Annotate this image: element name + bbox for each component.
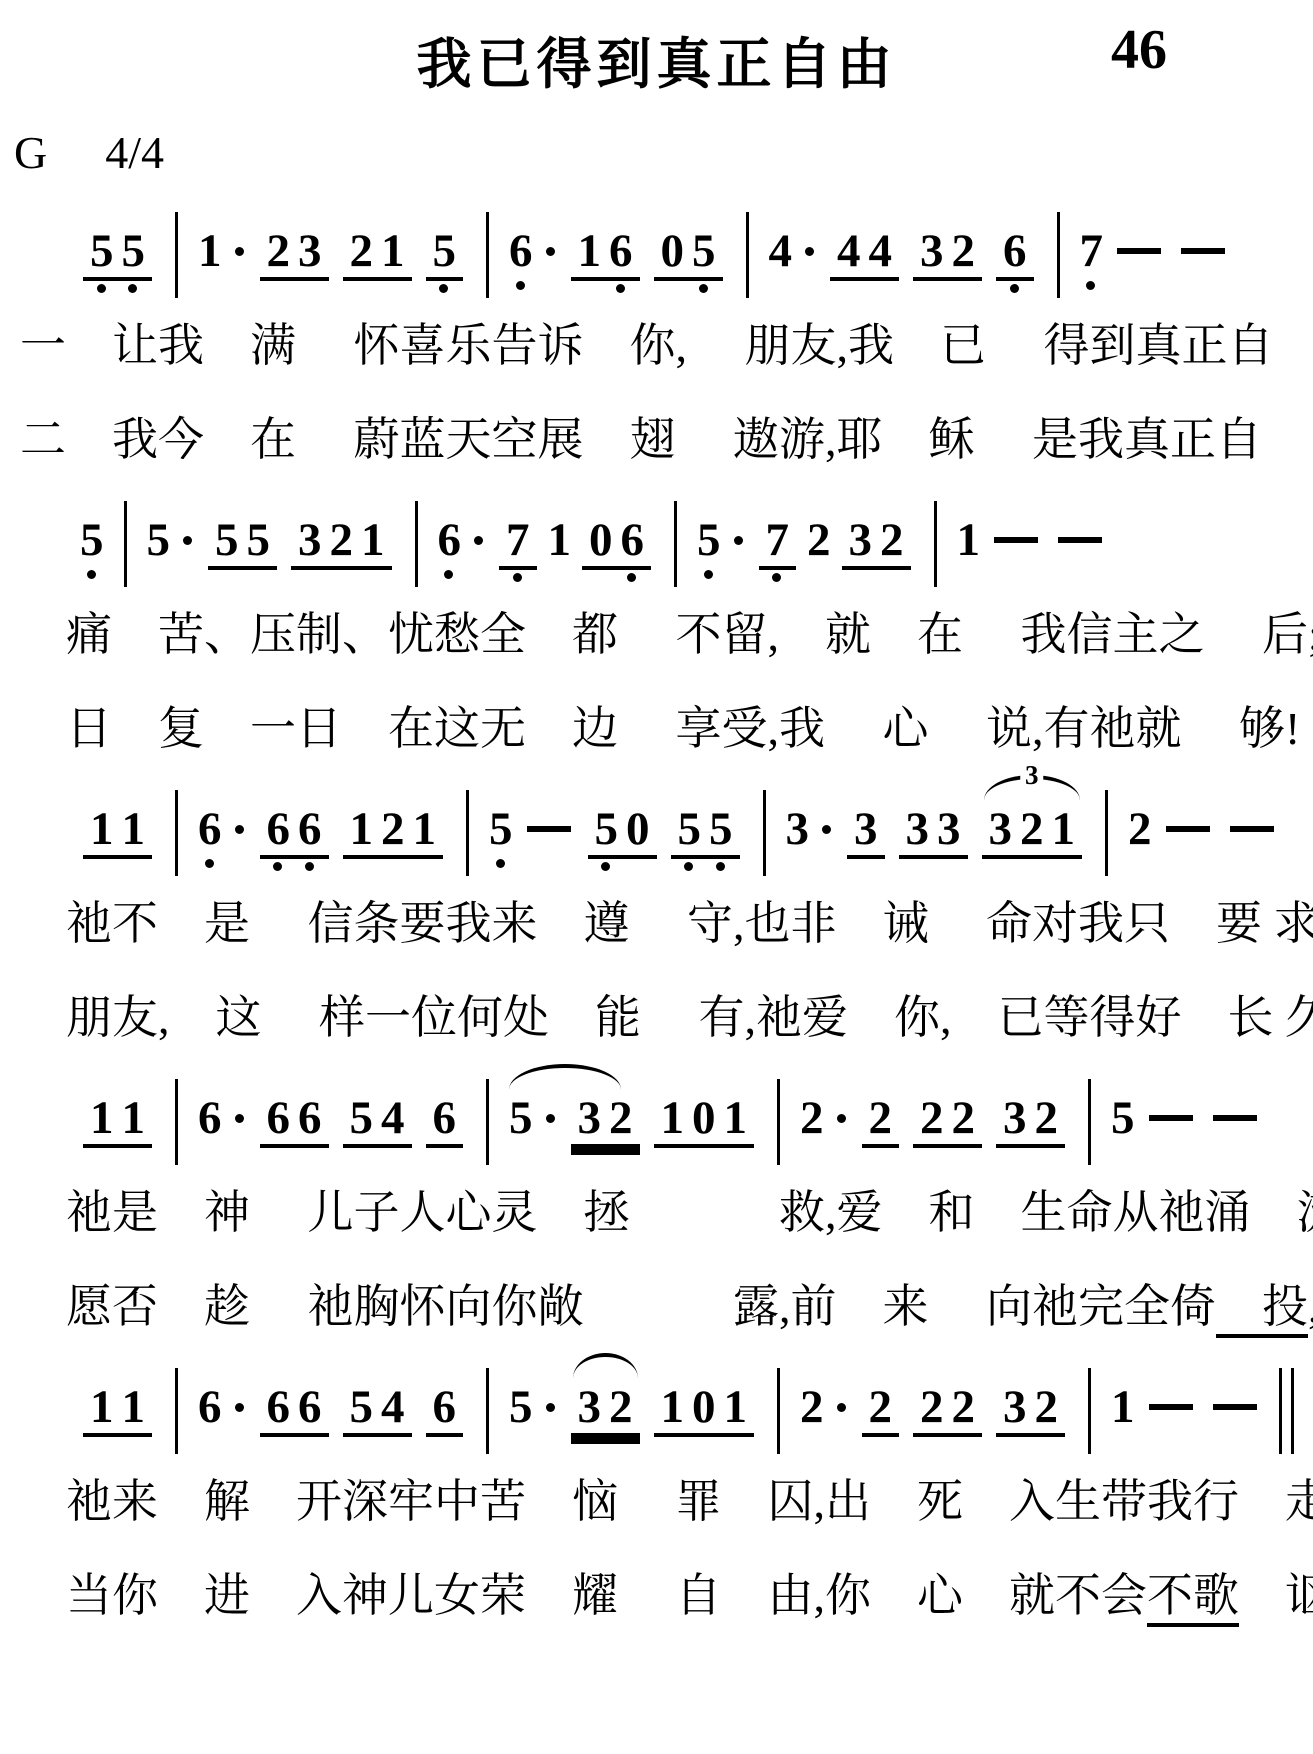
jianpu-note: 1	[720, 1095, 752, 1142]
barline	[175, 790, 178, 876]
jianpu-note: 2	[796, 1384, 828, 1431]
jianpu-note: 5	[76, 517, 108, 564]
barline	[486, 212, 489, 298]
music-line-2: 555532167106572321	[76, 481, 1313, 567]
augmentation-dot	[546, 247, 555, 256]
lyric-line: 日 复 一日 在这无 边 享受,我 心 说,有祂就 够!	[20, 703, 1313, 755]
jianpu-note: 6	[999, 228, 1031, 275]
beam-group: 44	[830, 228, 899, 281]
jianpu-note: 3	[845, 517, 877, 564]
jianpu-note: 3	[985, 806, 1017, 853]
beam-group: 3	[847, 806, 885, 859]
beam-group: 06	[582, 517, 651, 570]
jianpu-note: 2	[865, 1384, 897, 1431]
beam-group: 6	[426, 1384, 464, 1437]
key-signature-line: G 4/4	[14, 130, 1313, 176]
jianpu-note: 6	[263, 1384, 295, 1431]
beam-group: 05	[654, 228, 723, 281]
jianpu-note: 5	[429, 228, 461, 275]
jianpu-note: 6	[434, 517, 466, 564]
beam-group: 22	[913, 1384, 982, 1437]
jianpu-note: 6	[617, 517, 649, 564]
barline	[763, 790, 766, 876]
lyric-text: 痛 苦、压制、忧愁全 都 不留, 就 在 我信主之 后;	[20, 609, 1313, 660]
jianpu-note: 2	[377, 806, 409, 853]
beam-group: 11	[83, 1095, 152, 1148]
augmentation-dot	[183, 536, 192, 545]
jianpu-note: 2	[916, 1384, 948, 1431]
lyric-text: 祂不 是 信条要我来 遵 守,也非 诫 命对我只 要 求,	[20, 898, 1313, 949]
music-line-1: 55123215616054443267	[76, 192, 1313, 278]
jianpu-note: 2	[865, 1095, 897, 1142]
beam-group: 50	[588, 806, 657, 859]
jianpu-note: 3	[916, 228, 948, 275]
beam-group: 66	[260, 1384, 329, 1437]
jianpu-note: 5	[485, 806, 517, 853]
jianpu-note: 2	[948, 1384, 980, 1431]
jianpu-note: 1	[544, 517, 576, 564]
augmentation-dot	[837, 1114, 846, 1123]
barline	[1057, 212, 1060, 298]
barline	[1088, 1079, 1091, 1165]
jianpu-note: 1	[409, 806, 441, 853]
system-5: 116665465321012222321 祂来 解 开深牢中苦 恼 罪 囚,出…	[0, 1348, 1313, 1621]
tuplet-number: 3	[1020, 762, 1044, 789]
jianpu-note: 5	[674, 806, 706, 853]
lyric-text: 不歌	[1147, 1570, 1239, 1627]
jianpu-note: 1	[1048, 806, 1080, 853]
jianpu-note: 5	[346, 1095, 378, 1142]
jianpu-note: 1	[118, 1384, 150, 1431]
jianpu-note: 3	[999, 1384, 1031, 1431]
lyric-line: 祂来 解 开深牢中苦 恼 罪 囚,出 死 入生带我行 走。	[20, 1476, 1313, 1528]
beam-group: 32	[996, 1095, 1065, 1148]
beam-group: 7	[499, 517, 537, 570]
duration-dash	[1149, 1404, 1193, 1410]
lyric-line: 祂不 是 信条要我来 遵 守,也非 诫 命对我只 要 求,	[20, 898, 1313, 950]
barline	[175, 1368, 178, 1454]
augmentation-dot	[235, 1114, 244, 1123]
jianpu-note: 5	[1107, 1095, 1139, 1142]
barline	[1088, 1368, 1091, 1454]
beam-group: 321	[291, 517, 392, 570]
augmentation-dot	[474, 536, 483, 545]
jianpu-note: 5	[243, 517, 275, 564]
jianpu-note: 1	[357, 517, 389, 564]
barline	[777, 1079, 780, 1165]
jianpu-note: 0	[622, 806, 654, 853]
slur-span: 532	[505, 1095, 647, 1148]
jianpu-note: 5	[705, 806, 737, 853]
jianpu-note: 6	[294, 806, 326, 853]
augmentation-dot	[837, 1403, 846, 1412]
lyric-line: 愿否 趁 祂胸怀向你敞 露,前 来 向祂完全倚 投,	[20, 1281, 1313, 1333]
beam-group: 21	[343, 228, 412, 281]
jianpu-note: 0	[585, 517, 617, 564]
jianpu-note: 4	[833, 228, 865, 275]
lyric-text: 朋友, 这 样一位何处 能 有,祂爱 你, 已等得好 长 久,	[20, 992, 1313, 1043]
music-line-4: 116665465321012222325	[76, 1059, 1313, 1145]
augmentation-dot	[822, 825, 831, 834]
lyric-text: 讴。	[1239, 1570, 1313, 1621]
lyric-line: 二 我今 在 蔚蓝天空展 翅 遨游,耶 稣 是我真正自 由,	[20, 414, 1313, 466]
jianpu-note: 2	[1016, 806, 1048, 853]
jianpu-note: 1	[657, 1384, 689, 1431]
beam-group: 33	[899, 806, 968, 859]
system-3: 1166612155055333333212 祂不 是 信条要我来 遵 守,也非…	[0, 770, 1313, 1043]
jianpu-note: 2	[876, 517, 908, 564]
augmentation-dot	[805, 247, 814, 256]
jianpu-note: 2	[326, 517, 358, 564]
hymn-number: 46	[1111, 18, 1167, 82]
jianpu-note: 5	[346, 1384, 378, 1431]
jianpu-note: 1	[720, 1384, 752, 1431]
jianpu-note: 1	[1107, 1384, 1139, 1431]
key-label: G	[14, 130, 47, 176]
barline	[486, 1079, 489, 1165]
final-double-barline	[1279, 1368, 1294, 1454]
page-header: 我已得到真正自由 46	[0, 0, 1313, 104]
beam-group: 23	[260, 228, 329, 281]
beam-group: 11	[83, 806, 152, 859]
jianpu-note: 4	[377, 1095, 409, 1142]
beam-group: 5	[426, 228, 464, 281]
jianpu-note: 3	[782, 806, 814, 853]
jianpu-note: 0	[688, 1384, 720, 1431]
jianpu-note: 3	[294, 228, 326, 275]
music-line-3: 1166612155055333333212	[76, 770, 1313, 856]
augmentation-dot	[235, 1403, 244, 1412]
beam-group: 55	[671, 806, 740, 859]
duration-dash	[1213, 1404, 1257, 1410]
jianpu-note: 3	[574, 1095, 606, 1142]
jianpu-note: 4	[377, 1384, 409, 1431]
beam-group: 32	[571, 1095, 640, 1148]
jianpu-note: 1	[953, 517, 985, 564]
beam-group: 22	[913, 1095, 982, 1148]
augmentation-dot	[546, 1114, 555, 1123]
beam-group: 32	[571, 1384, 640, 1437]
jianpu-note: 3	[933, 806, 965, 853]
jianpu-note: 6	[429, 1095, 461, 1142]
jianpu-note: 6	[194, 1384, 226, 1431]
lyric-text: 一 让我 满 怀喜乐告诉 你, 朋友,我 已 得到真正自 由,	[20, 320, 1313, 371]
time-signature: 4/4	[105, 130, 164, 176]
jianpu-note: 6	[263, 806, 295, 853]
lyric-text: 愿否 趁 祂胸怀向你敞 露,前 来 向祂完全倚	[20, 1281, 1216, 1332]
jianpu-note: 2	[1031, 1384, 1063, 1431]
beam-group: 66	[260, 1095, 329, 1148]
jianpu-note: 1	[194, 228, 226, 275]
lyric-text: 日 复 一日 在这无 边 享受,我 心 说,有祂就 够!	[20, 703, 1300, 754]
augmentation-dot	[235, 247, 244, 256]
jianpu-note: 1	[118, 806, 150, 853]
score-body: 55123215616054443267一 让我 满 怀喜乐告诉 你, 朋友,我…	[0, 192, 1313, 1621]
jianpu-note: 5	[591, 806, 623, 853]
jianpu-note: 4	[865, 228, 897, 275]
duration-dash	[1117, 248, 1161, 254]
jianpu-note: 7	[502, 517, 534, 564]
jianpu-note: 1	[86, 1095, 118, 1142]
jianpu-note: 2	[263, 228, 295, 275]
jianpu-note: 3	[902, 806, 934, 853]
jianpu-note: 2	[605, 1095, 637, 1142]
jianpu-note: 6	[263, 1095, 295, 1142]
jianpu-note: 2	[803, 517, 835, 564]
system-1: 55123215616054443267一 让我 满 怀喜乐告诉 你, 朋友,我…	[0, 192, 1313, 465]
jianpu-note: 6	[294, 1095, 326, 1142]
barline	[466, 790, 469, 876]
barline	[674, 501, 677, 587]
jianpu-note: 1	[86, 806, 118, 853]
beam-group: 3321	[982, 806, 1083, 859]
beam-group: 55	[208, 517, 277, 570]
duration-dash	[1181, 248, 1225, 254]
jianpu-note: 3	[294, 517, 326, 564]
system-2: 555532167106572321 痛 苦、压制、忧愁全 都 不留, 就 在 …	[0, 481, 1313, 754]
duration-dash	[1230, 826, 1274, 832]
beam-group: 55	[83, 228, 152, 281]
jianpu-note: 5	[505, 1095, 537, 1142]
duration-dash	[994, 537, 1038, 543]
jianpu-note: 6	[429, 1384, 461, 1431]
jianpu-note: 4	[765, 228, 797, 275]
jianpu-note: 2	[1124, 806, 1156, 853]
lyric-line: 朋友, 这 样一位何处 能 有,祂爱 你, 已等得好 长 久,	[20, 992, 1313, 1044]
barline	[175, 1079, 178, 1165]
beam-group: 7	[759, 517, 797, 570]
beam-group: 101	[654, 1384, 755, 1437]
jianpu-note: 5	[211, 517, 243, 564]
barline	[124, 501, 127, 587]
jianpu-note: 2	[948, 1095, 980, 1142]
lyric-line: 祂是 神 儿子人心灵 拯 救,爱 和 生命从祂涌 流,	[20, 1187, 1313, 1239]
jianpu-note: 5	[118, 228, 150, 275]
jianpu-note: 2	[916, 1095, 948, 1142]
lyric-text: 投	[1216, 1281, 1308, 1338]
jianpu-note: 6	[505, 228, 537, 275]
augmentation-dot	[235, 825, 244, 834]
barline	[934, 501, 937, 587]
jianpu-note: 0	[688, 1095, 720, 1142]
beam-group: 32	[996, 1384, 1065, 1437]
duration-dash	[1149, 1115, 1193, 1121]
jianpu-note: 1	[657, 1095, 689, 1142]
system-4: 116665465321012222325 祂是 神 儿子人心灵 拯 救,爱 和…	[0, 1059, 1313, 1332]
hymn-sheet-page: 我已得到真正自由 46 G 4/4 55123215616054443267一 …	[0, 0, 1313, 1754]
jianpu-note: 1	[377, 228, 409, 275]
jianpu-note: 1	[346, 806, 378, 853]
jianpu-note: 6	[194, 1095, 226, 1142]
lyric-line: 痛 苦、压制、忧愁全 都 不留, 就 在 我信主之 后;	[20, 609, 1313, 661]
jianpu-note: 3	[574, 1384, 606, 1431]
barline	[415, 501, 418, 587]
duration-dash	[1166, 826, 1210, 832]
jianpu-note: 1	[118, 1095, 150, 1142]
jianpu-note: 6	[605, 228, 637, 275]
lyric-line: 一 让我 满 怀喜乐告诉 你, 朋友,我 已 得到真正自 由,	[20, 320, 1313, 372]
barline	[777, 1368, 780, 1454]
augmentation-dot	[546, 1403, 555, 1412]
lyric-line: 当你 进 入神儿女荣 耀 自 由,你 心 就不会不歌 讴。	[20, 1570, 1313, 1622]
beam-group: 32	[842, 517, 911, 570]
jianpu-note: 1	[86, 1384, 118, 1431]
duration-dash	[1213, 1115, 1257, 1121]
jianpu-note: 5	[688, 228, 720, 275]
augmentation-dot	[734, 536, 743, 545]
jianpu-note: 2	[948, 228, 980, 275]
barline	[486, 1368, 489, 1454]
beam-group: 121	[343, 806, 444, 859]
beam-group: 6	[996, 228, 1034, 281]
lyric-text: 祂是 神 儿子人心灵 拯 救,爱 和 生命从祂涌 流,	[20, 1187, 1313, 1238]
jianpu-note: 7	[762, 517, 794, 564]
beam-group: 32	[913, 228, 982, 281]
jianpu-note: 6	[194, 806, 226, 853]
lyric-text: 当你 进 入神儿女荣 耀 自 由,你 心 就不会	[20, 1570, 1147, 1621]
jianpu-note: 2	[605, 1384, 637, 1431]
lyric-text: 二 我今 在 蔚蓝天空展 翅 遨游,耶 稣 是我真正自 由,	[20, 414, 1313, 465]
beam-group: 16	[571, 228, 640, 281]
jianpu-note: 2	[346, 228, 378, 275]
music-line-5: 116665465321012222321	[76, 1348, 1313, 1434]
lyric-text: 祂来 解 开深牢中苦 恼 罪 囚,出 死 入生带我行 走。	[20, 1476, 1313, 1527]
barline	[746, 212, 749, 298]
jianpu-note: 3	[850, 806, 882, 853]
jianpu-note: 5	[505, 1384, 537, 1431]
jianpu-note: 7	[1076, 228, 1108, 275]
jianpu-note: 6	[294, 1384, 326, 1431]
beam-group: 54	[343, 1095, 412, 1148]
jianpu-note: 5	[143, 517, 175, 564]
beam-group: 6	[426, 1095, 464, 1148]
beam-group: 11	[83, 1384, 152, 1437]
jianpu-note: 2	[796, 1095, 828, 1142]
jianpu-note: 1	[574, 228, 606, 275]
jianpu-note: 2	[1031, 1095, 1063, 1142]
beam-group: 66	[260, 806, 329, 859]
lyric-text: ,	[1308, 1281, 1313, 1332]
jianpu-note: 5	[693, 517, 725, 564]
jianpu-note: 5	[86, 228, 118, 275]
duration-dash	[1058, 537, 1102, 543]
jianpu-note: 3	[999, 1095, 1031, 1142]
barline	[1105, 790, 1108, 876]
jianpu-note: 0	[657, 228, 689, 275]
duration-dash	[527, 826, 571, 832]
beam-group: 2	[862, 1095, 900, 1148]
barline	[175, 212, 178, 298]
beam-group: 101	[654, 1095, 755, 1148]
beam-group: 54	[343, 1384, 412, 1437]
beam-group: 2	[862, 1384, 900, 1437]
